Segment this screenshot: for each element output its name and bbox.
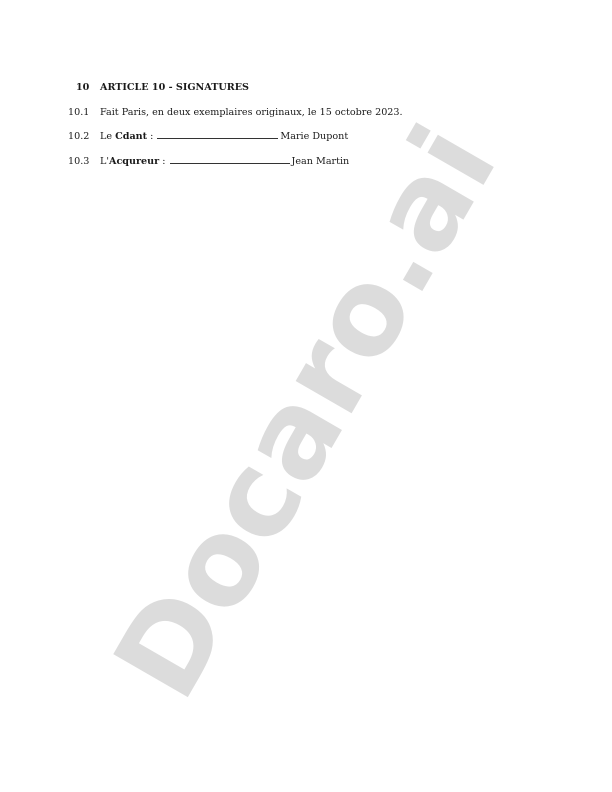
signatory-name: Marie Dupont bbox=[280, 131, 348, 142]
clause-text: Fait Paris, en deux exemplaires originau… bbox=[100, 107, 403, 119]
clause-number: 10.1 bbox=[68, 107, 89, 119]
article-number: 10 bbox=[76, 82, 89, 94]
signature-line-buyer: L'Acqureur : Jean Martin bbox=[100, 156, 349, 168]
role-label: Acqureur bbox=[109, 156, 159, 167]
separator: : bbox=[159, 156, 168, 167]
separator: : bbox=[147, 131, 156, 142]
signature-blank bbox=[170, 162, 290, 164]
role-prefix: Le bbox=[100, 131, 115, 142]
article-title: ARTICLE 10 - SIGNATURES bbox=[100, 82, 249, 94]
clause-number: 10.2 bbox=[68, 131, 89, 143]
clause-number: 10.3 bbox=[68, 156, 89, 168]
signature-blank bbox=[157, 137, 278, 139]
watermark: Docaro.ai bbox=[87, 104, 523, 721]
role-label: Cdant bbox=[115, 131, 147, 142]
role-prefix: L' bbox=[100, 156, 109, 167]
signature-line-seller: Le Cdant : Marie Dupont bbox=[100, 131, 348, 143]
document-page: Docaro.ai 10 ARTICLE 10 - SIGNATURES 10.… bbox=[0, 0, 612, 792]
signatory-name: Jean Martin bbox=[292, 156, 350, 167]
